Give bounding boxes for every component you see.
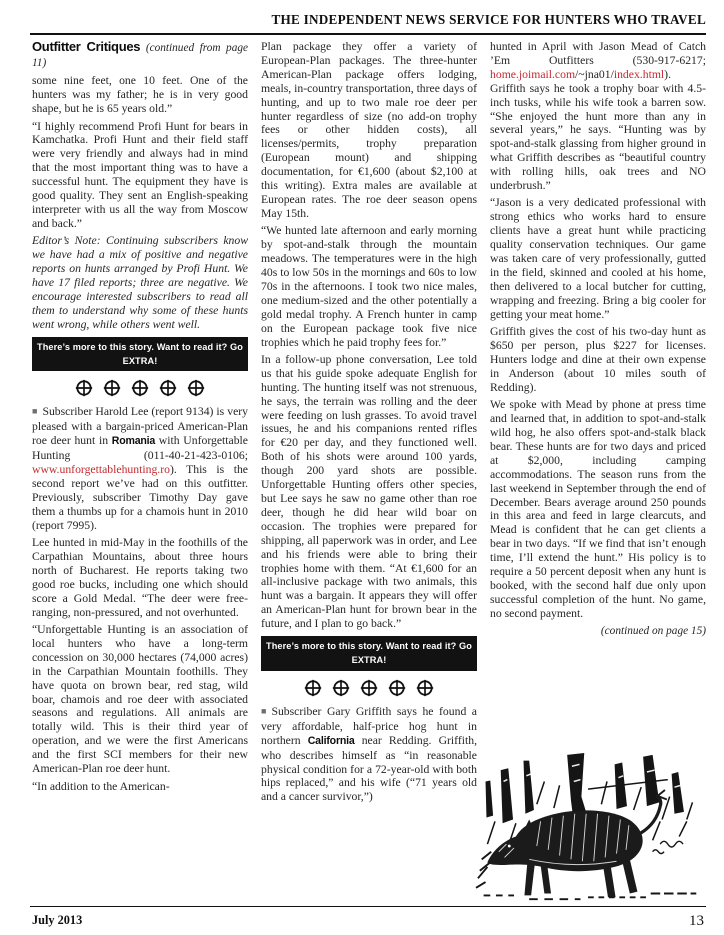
column-left: Outfitter Critiques (continued from page…: [32, 40, 248, 898]
link-index-html[interactable]: index.html: [614, 68, 664, 81]
para-unforgettable-assoc: “Unforgettable Hunting is an association…: [32, 623, 248, 776]
crosshair-icon: [130, 378, 150, 398]
para-griffith-cost: Griffith gives the cost of his two-day h…: [490, 325, 706, 395]
section-heading: Outfitter Critiques (continued from page…: [32, 40, 248, 71]
para-followup-phone: In a follow-up phone conversation, Lee t…: [261, 353, 477, 631]
para-in-addition: “In addition to the American-: [32, 780, 248, 794]
para-hunted-late-afternoon: “We hunted late afternoon and early morn…: [261, 224, 477, 349]
go-extra-banner: There’s more to this story. Want to read…: [261, 636, 477, 671]
continued-note: (continued on page 15): [490, 625, 706, 639]
para-subscriber-lee: ■Subscriber Harold Lee (report 9134) is …: [32, 405, 248, 532]
crosshair-icon: [331, 678, 351, 698]
crosshair-icon: [186, 378, 206, 398]
footer-issue-date: July 2013: [32, 913, 82, 928]
crosshair-icon: [359, 678, 379, 698]
para-lee-carpathians: Lee hunted in mid-May in the foothills o…: [32, 536, 248, 619]
crosshair-divider: [261, 678, 477, 698]
link-joimail[interactable]: home.joimail.com: [490, 68, 575, 81]
boar-illustration: [468, 753, 710, 903]
square-bullet-icon: ■: [261, 705, 266, 719]
crosshair-icon: [102, 378, 122, 398]
para-plan-package: Plan package they offer a variety of Eur…: [261, 40, 477, 221]
crosshair-icon: [387, 678, 407, 698]
para-subscriber-griffith: ■Subscriber Gary Griffith says he found …: [261, 705, 477, 804]
square-bullet-icon: ■: [32, 405, 37, 419]
crosshair-icon: [303, 678, 323, 698]
link-unforgettablehunting[interactable]: www.unforgettablehunting.ro: [32, 463, 170, 476]
column-middle: Plan package they offer a variety of Eur…: [261, 40, 477, 898]
section-title: Outfitter Critiques: [32, 40, 140, 54]
footer-page-number: 13: [689, 913, 704, 930]
mead-text-mid: /~jna01/: [575, 68, 614, 81]
header-rule: [30, 33, 706, 35]
para-profi-hunt-quote: “I highly recommend Profi Hunt for bears…: [32, 120, 248, 231]
mead-text-pre: hunted in April with Jason Mead of Catch…: [490, 40, 706, 67]
place-california: California: [308, 735, 355, 747]
crosshair-icon: [74, 378, 94, 398]
newsletter-page: THE INDEPENDENT NEWS SERVICE FOR HUNTERS…: [0, 0, 724, 935]
masthead-title: THE INDEPENDENT NEWS SERVICE FOR HUNTERS…: [32, 12, 706, 28]
crosshair-icon: [158, 378, 178, 398]
mead-text-post: ). Griffith says he took a trophy boar w…: [490, 68, 706, 192]
para-nine-feet: some nine feet, one 10 feet. One of the …: [32, 74, 248, 116]
place-romania: Romania: [112, 435, 155, 447]
para-editors-note: Editor’s Note: Continuing subscribers kn…: [32, 234, 248, 331]
go-extra-banner: There’s more to this story. Want to read…: [32, 337, 248, 372]
para-catch-em-outfitters: hunted in April with Jason Mead of Catch…: [490, 40, 706, 193]
crosshair-icon: [415, 678, 435, 698]
para-jason-dedicated: “Jason is a very dedicated professional …: [490, 196, 706, 321]
para-spoke-with-mead: We spoke with Mead by phone at press tim…: [490, 398, 706, 621]
footer-rule: [30, 906, 706, 907]
crosshair-divider: [32, 378, 248, 398]
